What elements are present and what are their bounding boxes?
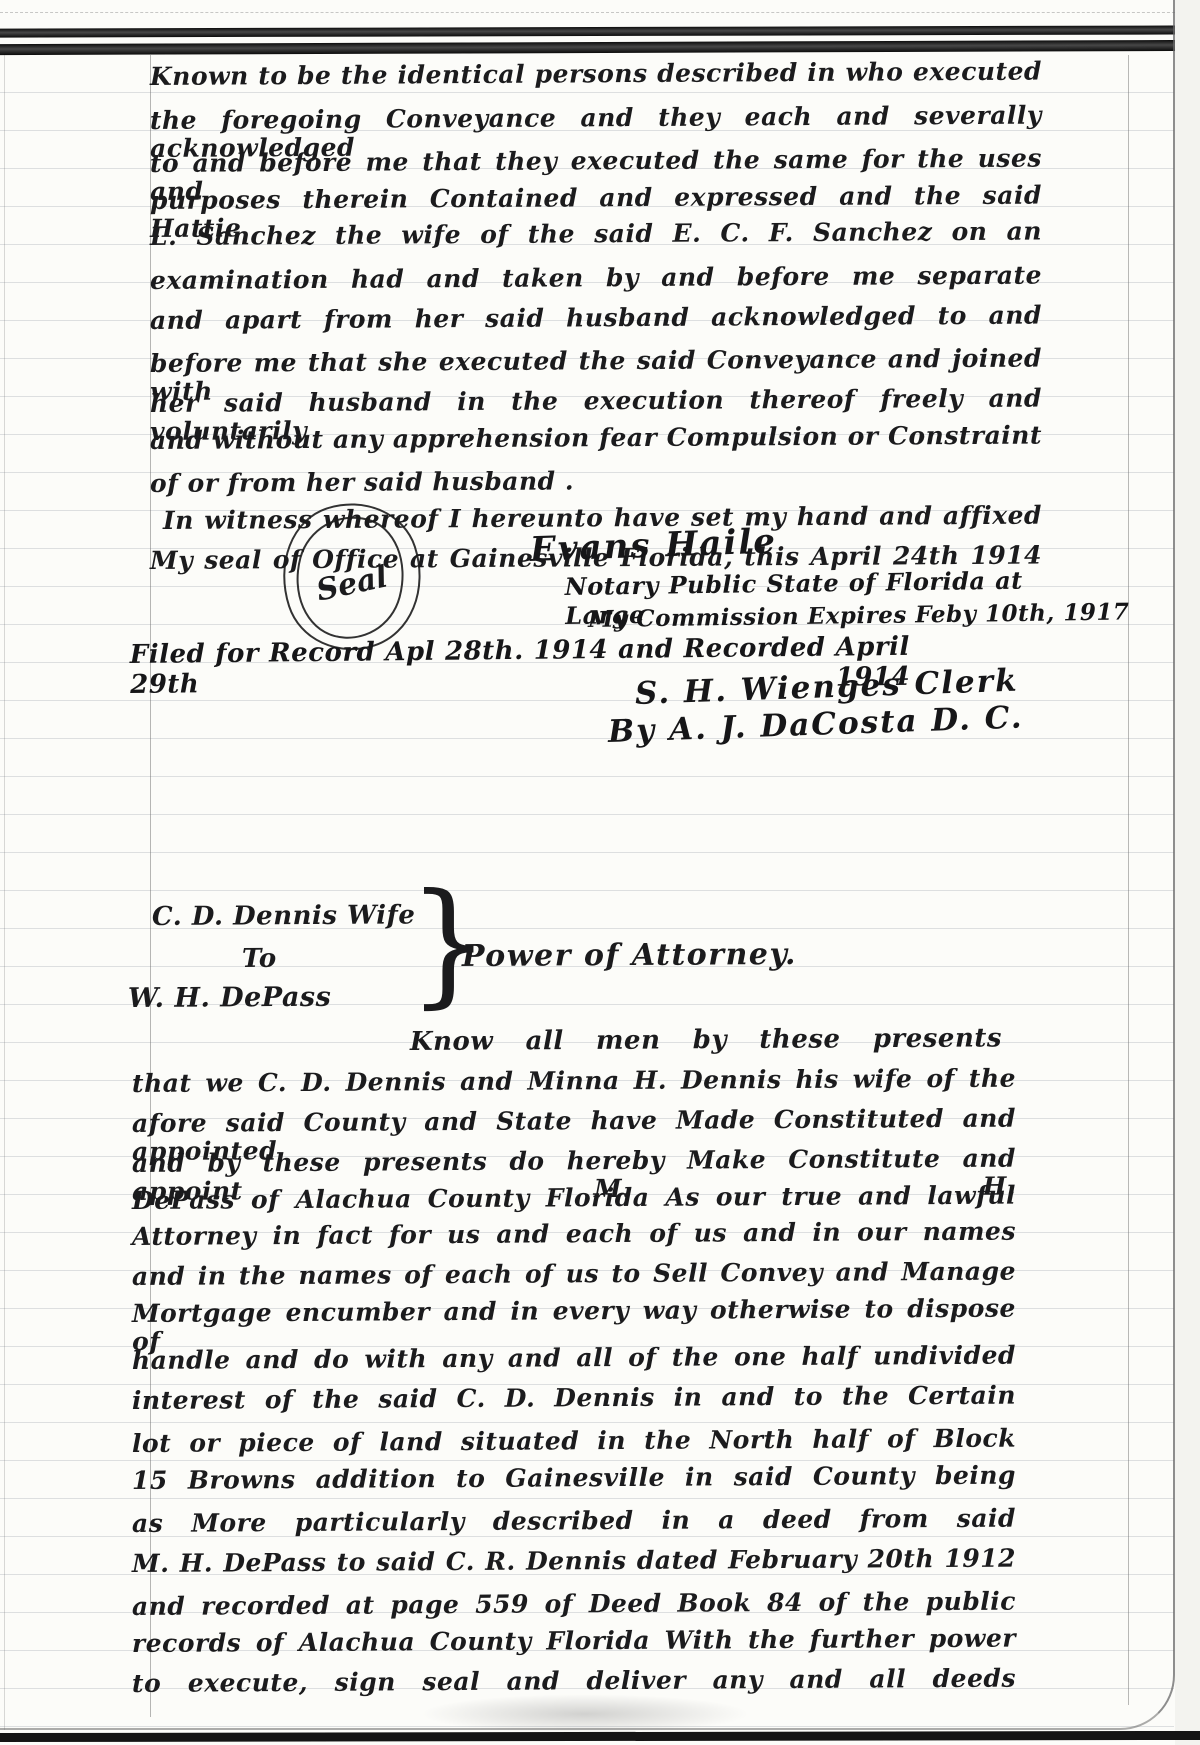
handwritten-line: and apart from her said husband acknowle… [150,302,1042,335]
handwritten-line: interest of the said C. D. Dennis in and… [132,1382,1016,1415]
handwritten-line: L. Sanchez the wife of the said E. C. F.… [150,218,1042,251]
caption-grantor: C. D. Dennis Wife [152,901,416,932]
handwritten-line: handle and do with any and all of the on… [132,1342,1016,1375]
scanner-background-strip [1175,0,1200,1745]
handwritten-line: and without any apprehension fear Compul… [150,422,1042,455]
handwritten-line: DePass of Alachua County Florida As our … [132,1182,1016,1215]
handwritten-line: examination had and taken by and before … [150,262,1042,295]
handwritten-line: Known to be the identical persons descri… [150,58,1042,91]
scan-binding-band-bottom [0,1731,1200,1742]
handwritten-line: of or from her said husband . [150,467,574,498]
scan-smudge [420,1694,750,1734]
document-title: Power of Attorney. [462,938,797,974]
scan-binding-band-top-1 [0,25,1200,37]
right-margin-rule-line [1128,55,1129,1705]
handwritten-line: M. H. DePass to said C. R. Dennis dated … [132,1545,1016,1578]
handwritten-line: that we C. D. Dennis and Minna H. Dennis… [132,1065,1016,1098]
scan-binding-band-top-2 [0,40,1200,55]
handwritten-line: lot or piece of land situated in the Nor… [132,1425,1016,1458]
notary-seal-stamp: Seal [282,503,422,650]
handwritten-line: to execute, sign seal and deliver any an… [132,1665,1016,1698]
handwritten-line: and in the names of each of us to Sell C… [132,1258,1016,1291]
page-left-edge-line [4,55,5,1730]
handwritten-line: records of Alachua County Florida With t… [132,1625,1016,1658]
scan-artifact-top-rule [0,12,1200,13]
poa-opening-line: Know all men by these presents [410,1024,1002,1057]
caption-grantee: W. H. DePass [128,983,331,1014]
handwritten-line: 15 Browns addition to Gainesville in sai… [132,1462,1016,1495]
deed-record-scan-page: Known to be the identical persons descri… [0,0,1200,1745]
handwritten-line: Attorney in fact for us and each of us a… [132,1218,1016,1251]
caption-to: To [242,945,277,974]
handwritten-line: and recorded at page 559 of Deed Book 84… [132,1588,1016,1621]
handwritten-line: as More particularly described in a deed… [132,1505,1016,1538]
